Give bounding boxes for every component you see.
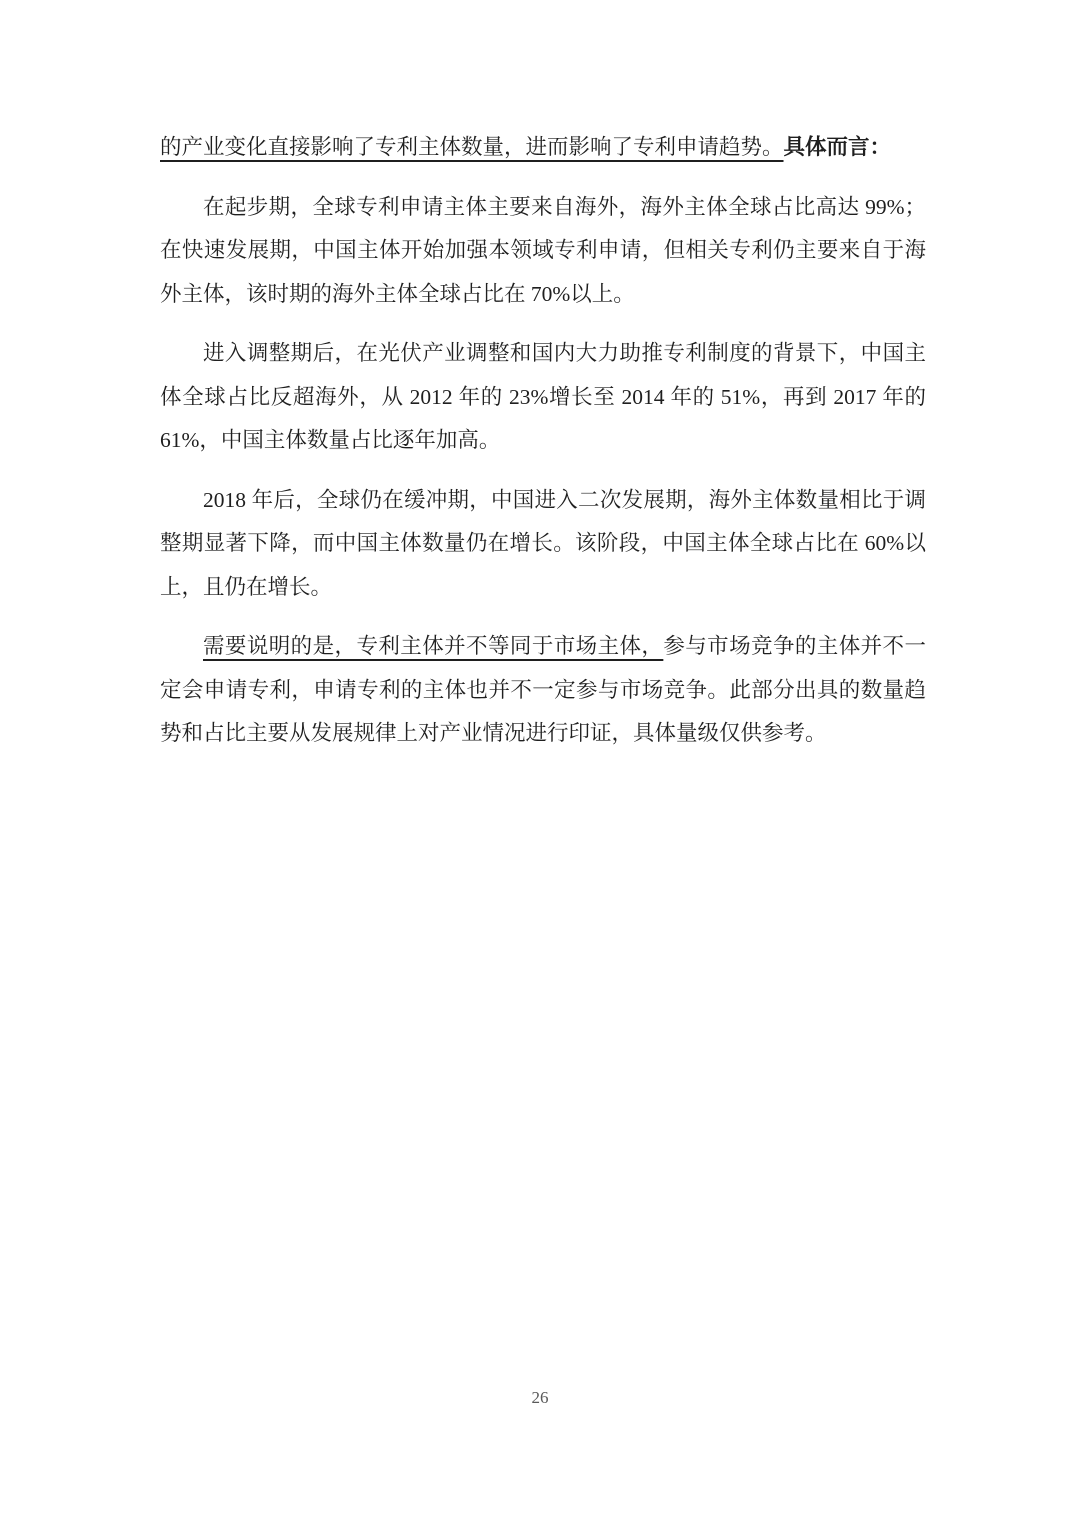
page-number: 26 — [532, 1388, 549, 1407]
paragraph-text: 2018 年后，全球仍在缓冲期，中国进入二次发展期，海外主体数量相比于调整期显著… — [160, 488, 926, 599]
intro-underlined-text: 的产业变化直接影响了专利主体数量，进而影响了专利申请趋势。 — [160, 135, 784, 159]
text-block: 的产业变化直接影响了专利主体数量，进而影响了专利申请趋势。具体而言： 在起步期，… — [160, 126, 926, 772]
paragraph-intro: 的产业变化直接影响了专利主体数量，进而影响了专利申请趋势。具体而言： — [160, 126, 926, 170]
paragraph-post-2018-phase: 2018 年后，全球仍在缓冲期，中国进入二次发展期，海外主体数量相比于调整期显著… — [160, 479, 926, 610]
document-page: 的产业变化直接影响了专利主体数量，进而影响了专利申请趋势。具体而言： 在起步期，… — [0, 0, 1080, 1527]
paragraph-adjustment-phase: 进入调整期后，在光伏产业调整和国内大力助推专利制度的背景下，中国主体全球占比反超… — [160, 332, 926, 463]
note-underlined-text: 需要说明的是，专利主体并不等同于市场主体， — [203, 634, 663, 658]
intro-emphasis-text: 具体而言： — [784, 135, 892, 159]
page-footer: 26 — [0, 1388, 1080, 1408]
paragraph-note: 需要说明的是，专利主体并不等同于市场主体，参与市场竞争的主体并不一定会申请专利，… — [160, 625, 926, 756]
paragraph-startup-phase: 在起步期，全球专利申请主体主要来自海外，海外主体全球占比高达 99%；在快速发展… — [160, 186, 926, 317]
paragraph-text: 进入调整期后，在光伏产业调整和国内大力助推专利制度的背景下，中国主体全球占比反超… — [160, 341, 926, 452]
paragraph-text: 在起步期，全球专利申请主体主要来自海外，海外主体全球占比高达 99%；在快速发展… — [160, 195, 926, 306]
